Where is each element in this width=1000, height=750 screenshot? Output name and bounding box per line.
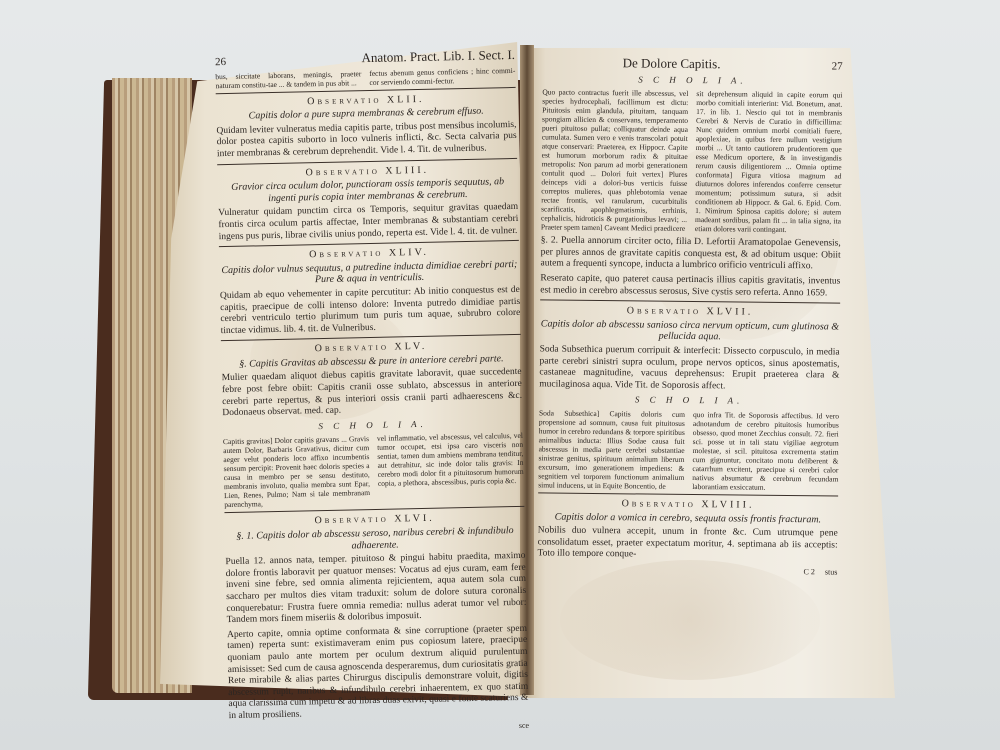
observation-title: Observatio XLVIII. (538, 497, 838, 512)
left-page-text: 26 Anatom. Pract. Lib. I. Sect. I. bus, … (215, 49, 529, 737)
scholia-right-column: quo infra Tit. de Soporosis affectibus. … (692, 410, 839, 493)
signature: C 2 (803, 567, 814, 576)
divider (538, 492, 838, 496)
observation-subtitle: Capitis dolor a vomica in cerebro, sequu… (538, 511, 838, 526)
observation-48: Observatio XLVIII. Capitis dolor a vomic… (537, 497, 838, 563)
observation-body: Soda Subsethica puerum corripuit & inter… (539, 344, 839, 394)
observation-45: Observatio XLV. §. Capitis Gravitas ab a… (221, 339, 524, 509)
observation-subtitle: Capitis dolor ab abscessu sanioso circa … (540, 318, 840, 344)
top-fragment-right: fectus abenum genus conficiens ; hinc co… (369, 66, 515, 87)
section-paragraph: §. 2. Puella annorum circiter octo, fili… (540, 236, 840, 274)
right-running-head: De Dolore Capitis. 27 (543, 56, 843, 73)
observation-47: Observatio XLVII. Capitis dolor ab absce… (538, 305, 840, 493)
catchword: stus (825, 567, 838, 576)
top-fragment-left: bus, siccitate laborans, meningis, praet… (215, 69, 361, 90)
top-fragment: bus, siccitate laborans, meningis, praet… (215, 66, 515, 90)
scholia-label: S C H O L I A. (539, 394, 839, 409)
observation-subtitle: Gravior circa oculum dolor, punctioram o… (218, 176, 518, 205)
observation-43: Observatio XLIII. Gravior circa oculum d… (217, 162, 518, 243)
page-number: 27 (832, 61, 843, 73)
scholia-columns: Quo pacto contractus fuerit ille abscess… (541, 88, 842, 235)
catchword: sce (229, 719, 529, 737)
running-head-title: Anatom. Pract. Lib. I. Sect. I. (361, 49, 515, 64)
section-paragraph: Reserato capite, quo pateret causa perti… (540, 273, 840, 299)
page-number: 26 (215, 57, 226, 69)
observation-body: Puella 12. annos nata, temper. pituitoso… (225, 551, 526, 627)
scholia-left-column: Soda Subsethica] Capitis doloris cum pro… (538, 408, 685, 491)
observation-body: Quidam leviter vulneratus media capitis … (216, 120, 517, 161)
scholia-left-column: Capitis gravitas] Dolor capitis gravans … (223, 435, 370, 510)
observation-body-continued: Aperto capite, omnia optime conformata &… (227, 624, 529, 723)
right-page-text: De Dolore Capitis. 27 S C H O L I A. Quo… (537, 56, 842, 578)
scholia-right-column: vel inflammatio, vel abscessus, vel calc… (377, 431, 524, 506)
observation-subtitle: Capitis dolor vulnus sequutus, a putredi… (219, 259, 519, 288)
observation-44: Observatio XLIV. Capitis dolor vulnus se… (219, 245, 521, 337)
observation-title: Observatio XLVII. (540, 305, 840, 320)
observation-body: Quidam ab equo vehementer in capite perc… (220, 285, 521, 338)
paper-stain (560, 560, 820, 680)
observation-body: Nobilis duo vulnera accepit, unum in fro… (537, 526, 837, 564)
scholia-columns: Soda Subsethica] Capitis doloris cum pro… (538, 408, 839, 492)
observation-body: Mulier quaedam aliquot diebus capitis gr… (222, 367, 523, 420)
observation-body: Vulneratur quidam punctim circa os Tempo… (218, 202, 519, 243)
scholia-columns: Capitis gravitas] Dolor capitis gravans … (223, 431, 524, 509)
divider (540, 300, 840, 304)
observation-46: Observatio XLVI. §. 1. Capitis dolor ab … (225, 511, 529, 722)
running-head-title: De Dolore Capitis. (623, 57, 721, 70)
photo-scene: 26 Anatom. Pract. Lib. I. Sect. I. bus, … (0, 0, 1000, 750)
scholia-label: S C H O L I A. (542, 73, 842, 88)
observation-42: Observatio XLII. Capitis dolor a pure su… (216, 92, 517, 161)
scholia-right-column: sit deprehensum aliquid in capite eorum … (695, 89, 842, 235)
observation-subtitle: §. 1. Capitis dolor ab abscessu seroso, … (225, 525, 525, 554)
scholia-left-column: Quo pacto contractus fuerit ille abscess… (541, 88, 688, 234)
